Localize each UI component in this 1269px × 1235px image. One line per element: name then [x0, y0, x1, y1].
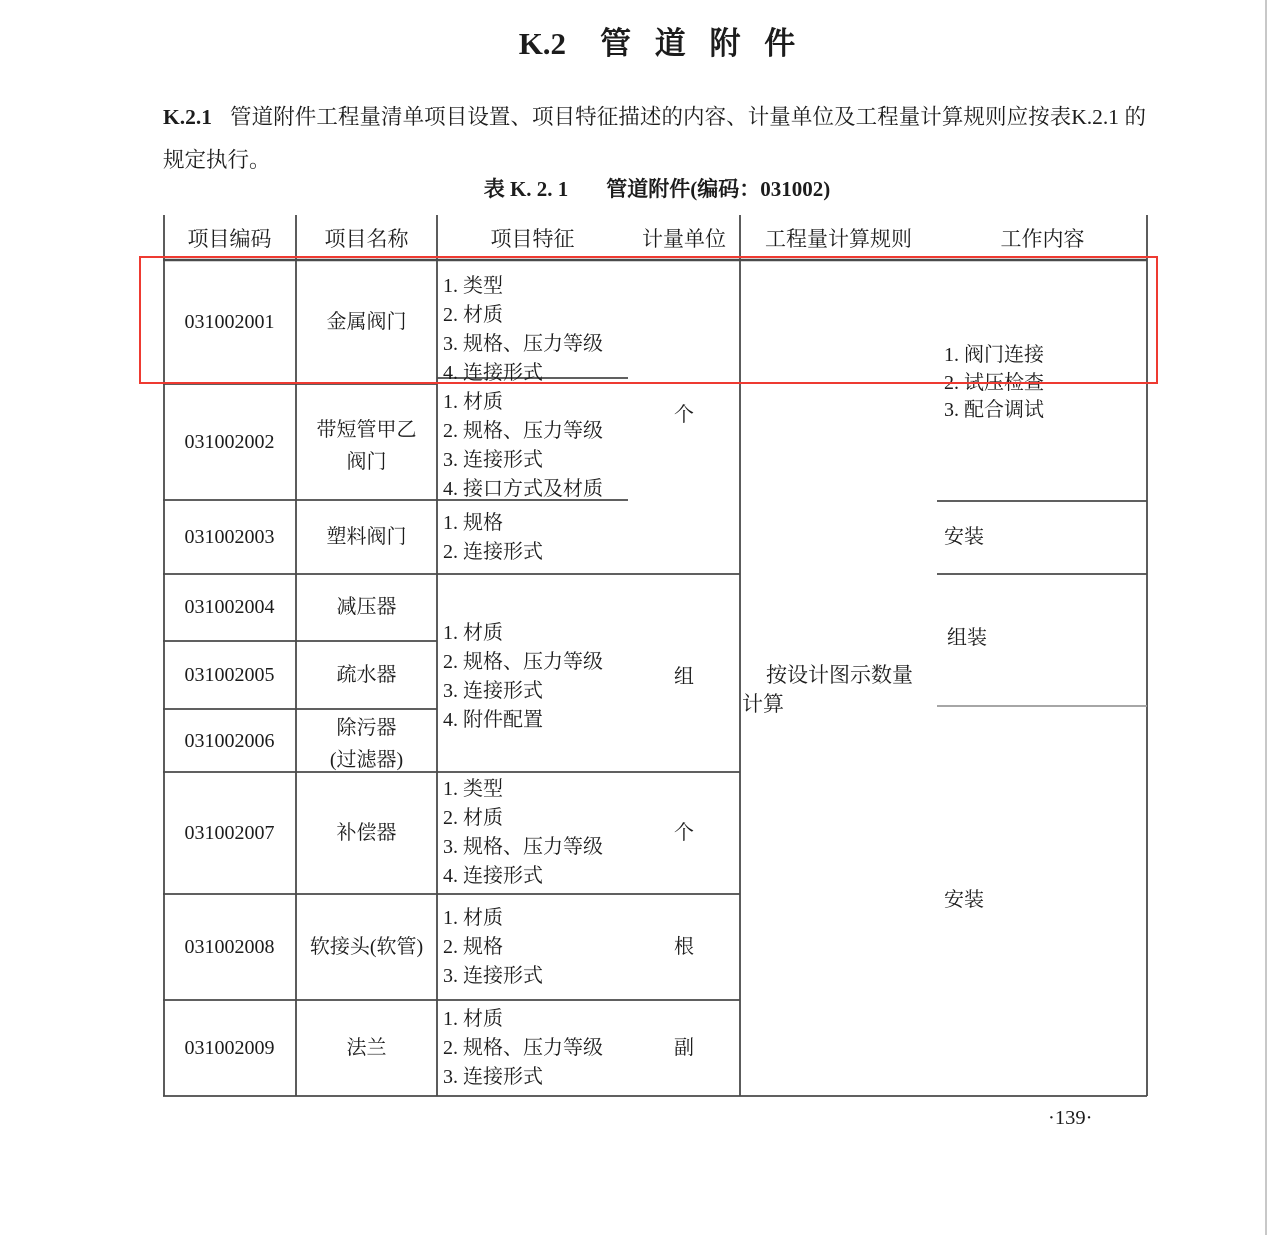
section-name: 管 道 附 件: [600, 26, 803, 61]
item-name: 减压器: [296, 596, 437, 619]
item-name: 法兰: [296, 1037, 437, 1060]
item-name: (过滤器): [296, 749, 437, 772]
table-caption-title: 管道附件(编码：031002): [606, 177, 830, 201]
feature-list: 1. 材质 2. 规格 3. 连接形式: [443, 904, 543, 991]
feature-list: 1. 材质 2. 规格、压力等级 3. 连接形式 4. 接口方式及材质: [443, 388, 603, 504]
feature-line: 4. 接口方式及材质: [443, 475, 603, 504]
feature-line: 2. 规格、压力等级: [443, 648, 603, 677]
feature-line: 1. 类型: [443, 775, 603, 804]
feature-line: 3. 连接形式: [443, 677, 603, 706]
feature-line: 3. 连接形式: [443, 962, 543, 991]
header-item-code: 项目编码: [163, 227, 296, 251]
header-work-content: 工作内容: [937, 227, 1148, 251]
item-name: 带短管甲乙: [296, 419, 437, 442]
unit-value: 个: [628, 822, 740, 845]
item-name: 疏水器: [296, 664, 437, 687]
item-code: 031002008: [163, 936, 296, 959]
highlight-annotation-box: [139, 256, 1158, 384]
feature-line: 1. 材质: [443, 619, 603, 648]
feature-line: 2. 规格: [443, 933, 543, 962]
item-name: 阀门: [296, 451, 437, 474]
clause-number: K.2.1: [163, 105, 212, 129]
section-number: K.2: [519, 26, 566, 61]
item-name: 塑料阀门: [296, 526, 437, 549]
header-calc-rule: 工程量计算规则: [740, 227, 937, 251]
table-caption: 表 K. 2. 1管道附件(编码：031002): [163, 173, 1151, 203]
item-name: 除污器: [296, 717, 437, 740]
item-code: 031002004: [163, 596, 296, 619]
unit-value: 组: [628, 666, 740, 689]
work-content-assemble: 组装: [947, 627, 987, 650]
item-name: 软接头(软管): [296, 936, 437, 959]
page-number: ·139·: [1048, 1107, 1092, 1130]
document-page: K.2管 道 附 件 K.2.1管道附件工程量清单项目设置、项目特征描述的内容、…: [0, 0, 1269, 1235]
clause-text: 管道附件工程量清单项目设置、项目特征描述的内容、计量单位及工程量计算规则应按表K…: [230, 105, 1146, 129]
feature-line: 2. 连接形式: [443, 538, 543, 567]
feature-list: 1. 类型 2. 材质 3. 规格、压力等级 4. 连接形式: [443, 775, 603, 891]
clause-paragraph-line1: K.2.1管道附件工程量清单项目设置、项目特征描述的内容、计量单位及工程量计算规…: [163, 104, 1146, 130]
feature-line: 1. 材质: [443, 388, 603, 417]
feature-list-shared: 1. 材质 2. 规格、压力等级 3. 连接形式 4. 附件配置: [443, 619, 603, 735]
header-item-name: 项目名称: [296, 227, 437, 251]
unit-value: 个: [628, 404, 740, 427]
work-content-line: 3. 配合调试: [944, 397, 1044, 425]
work-content-install: 安装: [944, 526, 984, 549]
item-code: 031002006: [163, 730, 296, 753]
feature-line: 3. 规格、压力等级: [443, 833, 603, 862]
calc-rule-line: 按设计图示数量: [766, 663, 913, 687]
header-item-feature: 项目特征: [437, 227, 628, 251]
feature-line: 2. 材质: [443, 804, 603, 833]
feature-line: 4. 连接形式: [443, 862, 603, 891]
unit-value: 根: [628, 936, 740, 959]
feature-line: 1. 材质: [443, 904, 543, 933]
item-code: 031002002: [163, 431, 296, 454]
item-code: 031002007: [163, 822, 296, 845]
table-caption-label: 表 K. 2. 1: [484, 177, 569, 201]
feature-line: 3. 连接形式: [443, 446, 603, 475]
header-unit: 计量单位: [628, 227, 740, 251]
section-title: K.2管 道 附 件: [53, 26, 1269, 62]
feature-list: 1. 规格 2. 连接形式: [443, 509, 543, 567]
feature-line: 4. 附件配置: [443, 706, 603, 735]
feature-line: 2. 规格、压力等级: [443, 1034, 603, 1063]
work-content-install: 安装: [944, 889, 984, 912]
item-name: 补偿器: [296, 822, 437, 845]
feature-list: 1. 材质 2. 规格、压力等级 3. 连接形式: [443, 1005, 603, 1092]
feature-line: 3. 连接形式: [443, 1063, 603, 1092]
clause-paragraph-line2: 规定执行。: [163, 143, 271, 174]
feature-line: 1. 规格: [443, 509, 543, 538]
calc-rule-line: 计算: [742, 692, 784, 716]
feature-line: 1. 材质: [443, 1005, 603, 1034]
feature-line: 2. 规格、压力等级: [443, 417, 603, 446]
item-code: 031002003: [163, 526, 296, 549]
item-code: 031002005: [163, 664, 296, 687]
item-code: 031002009: [163, 1037, 296, 1060]
unit-value: 副: [628, 1037, 740, 1060]
